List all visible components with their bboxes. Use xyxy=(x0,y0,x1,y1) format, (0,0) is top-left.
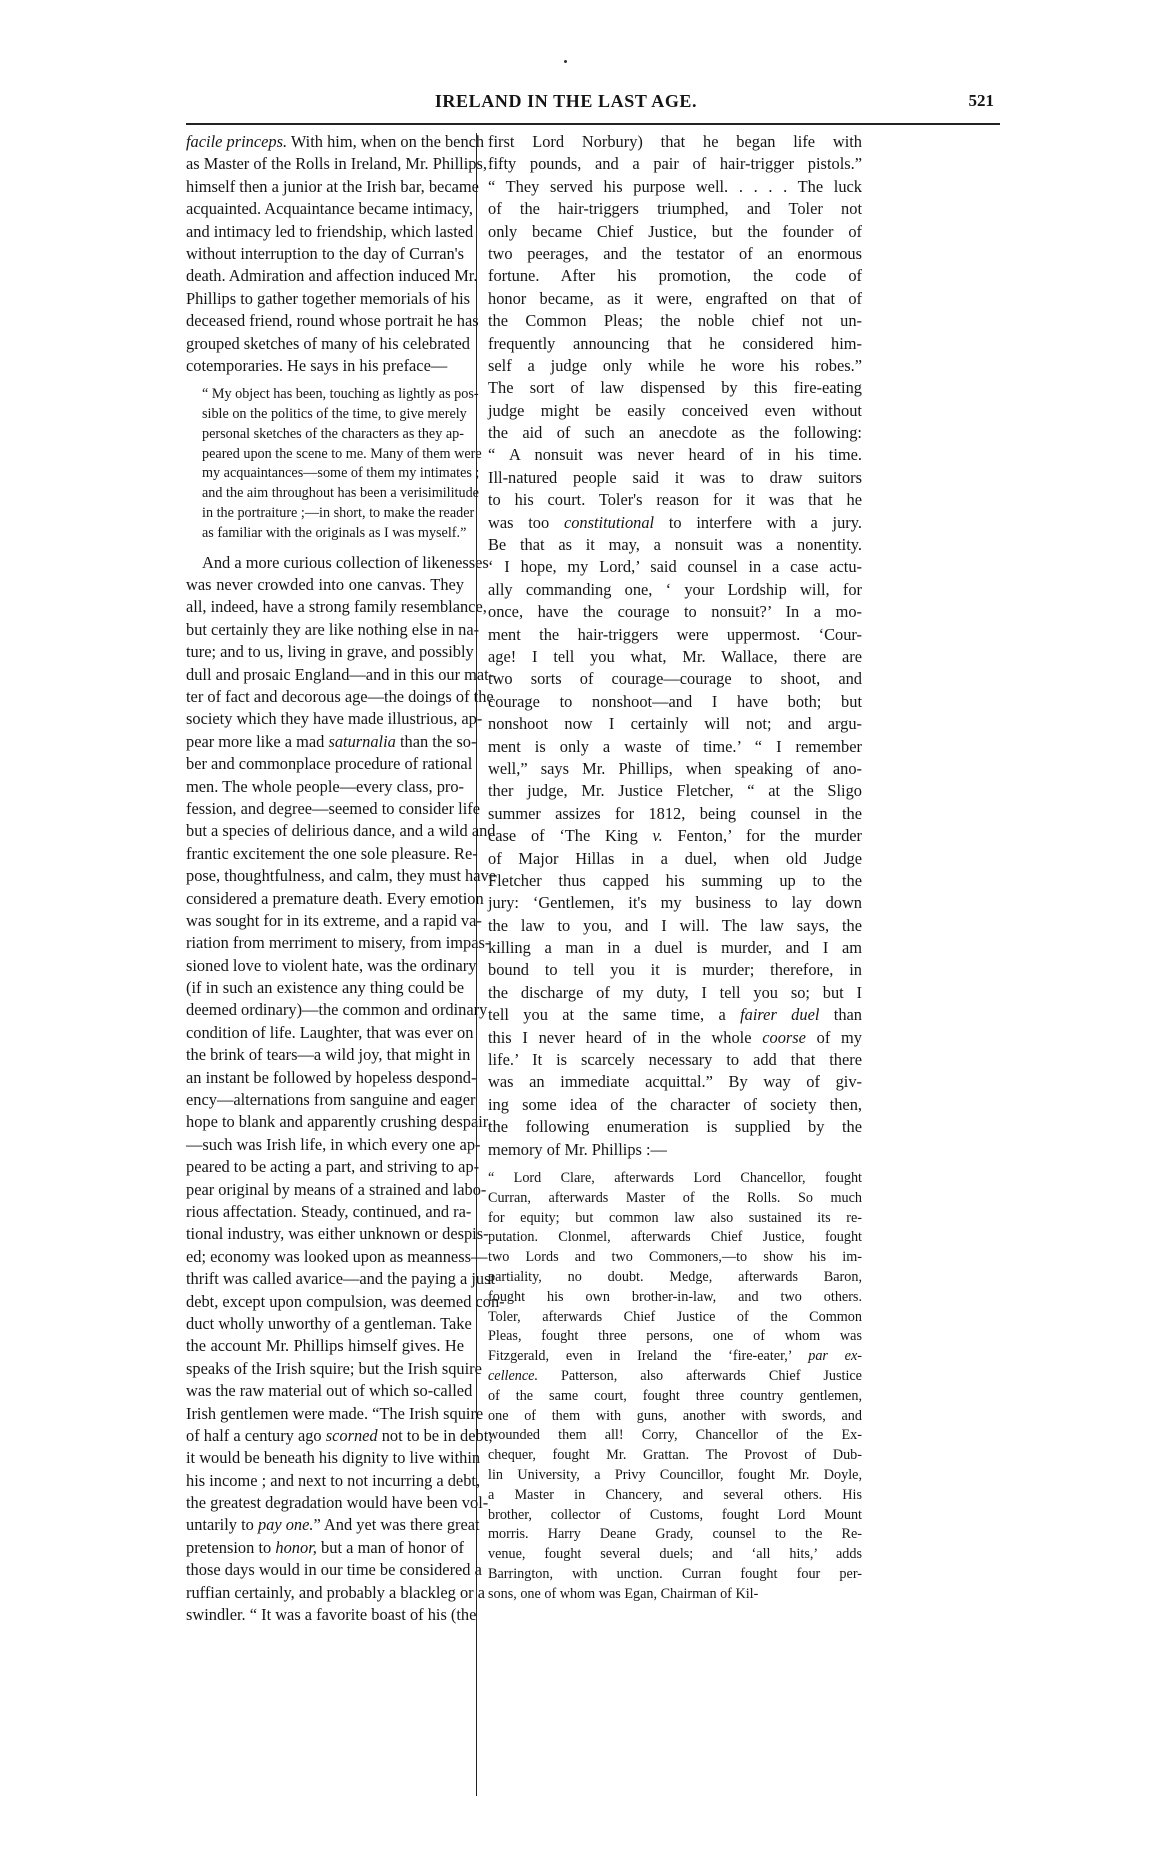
text-line: Irish gentlemen were made. “The Irish sq… xyxy=(186,1403,464,1425)
text-line: was sought for in its extreme, and a rap… xyxy=(186,910,464,932)
text-line: wounded them all! Corry, Chancellor of t… xyxy=(488,1426,862,1446)
right-para-1: first Lord Norbury) that he began life w… xyxy=(488,131,862,1161)
text-line: was an immediate acquittal.” By way of g… xyxy=(488,1071,862,1093)
text-line: of Major Hillas in a duel, when old Judg… xyxy=(488,848,862,870)
text-line: honor became, as it were, engrafted on t… xyxy=(488,288,862,310)
text-line: sons, one of whom was Egan, Chairman of … xyxy=(488,1585,862,1605)
text-line: acquainted. Acquaintance became intimacy… xyxy=(186,198,464,220)
text-line: swindler. “ It was a favorite boast of h… xyxy=(186,1604,464,1626)
text-line: pose, thoughtfulness, and calm, they mus… xyxy=(186,865,464,887)
text-line: “ They served his purpose well. . . . . … xyxy=(488,176,862,198)
text-line: cellence. Patterson, also afterwards Chi… xyxy=(488,1367,862,1387)
text-line: (if in such an existence any thing could… xyxy=(186,977,464,999)
text-line: self a judge only while he wore his robe… xyxy=(488,355,862,377)
text-line: of the same court, fought three country … xyxy=(488,1387,862,1407)
text-line: morris. Harry Deane Grady, counsel to th… xyxy=(488,1525,862,1545)
text-line: pretension to honor, but a man of honor … xyxy=(186,1537,464,1559)
text-line: a Master in Chancery, and several others… xyxy=(488,1486,862,1506)
text-line: grouped sketches of many of his celebrat… xyxy=(186,333,464,355)
text-line: society which they have made illustrious… xyxy=(186,708,464,730)
text-line: and the aim throughout has been a verisi… xyxy=(202,484,464,504)
text-line: “ My object has been, touching as lightl… xyxy=(202,385,464,405)
text-line: Curran, afterwards Master of the Rolls. … xyxy=(488,1189,862,1209)
text-line: it would be beneath his dignity to live … xyxy=(186,1447,464,1469)
text-line: and intimacy led to friendship, which la… xyxy=(186,221,464,243)
text-line: Toler, afterwards Chief Justice of the C… xyxy=(488,1308,862,1328)
text-line: the account Mr. Phillips himself gives. … xyxy=(186,1335,464,1357)
text-line: ruffian certainly, and probably a blackl… xyxy=(186,1582,464,1604)
text-line: “ Lord Clare, afterwards Lord Chancellor… xyxy=(488,1169,862,1189)
text-line: Pleas, fought three persons, one of whom… xyxy=(488,1327,862,1347)
text-line: speaks of the Irish squire; but the Iris… xyxy=(186,1358,464,1380)
text-line: once, have the courage to nonsuit?’ In a… xyxy=(488,601,862,623)
running-title: IRELAND IN THE LAST AGE. xyxy=(316,91,816,112)
text-line: untarily to pay one.” And yet was there … xyxy=(186,1514,464,1536)
text-line: but certainly they are like nothing else… xyxy=(186,619,464,641)
text-line: men. The whole people—every class, pro- xyxy=(186,776,464,798)
text-line: dull and prosaic England—and in this our… xyxy=(186,664,464,686)
text-line: ency—alternations from sanguine and eage… xyxy=(186,1089,464,1111)
text-line: an instant be followed by hopeless despo… xyxy=(186,1067,464,1089)
text-line: ing some idea of the character of societ… xyxy=(488,1094,862,1116)
text-line: judge might be easily conceived even wit… xyxy=(488,400,862,422)
text-line: courage to nonshoot—and I have both; but xyxy=(488,691,862,713)
text-line: Fletcher thus capped his summing up to t… xyxy=(488,870,862,892)
text-line: of half a century ago scorned not to be … xyxy=(186,1425,464,1447)
text-line: facile princeps. With him, when on the b… xyxy=(186,131,464,153)
left-column: facile princeps. With him, when on the b… xyxy=(186,131,464,1626)
page-number: 521 xyxy=(969,91,995,111)
text-line: peared upon the scene to me. Many of the… xyxy=(202,445,464,465)
text-line: Phillips to gather together memorials of… xyxy=(186,288,464,310)
text-line: condition of life. Laughter, that was ev… xyxy=(186,1022,464,1044)
text-line: personal sketches of the characters as t… xyxy=(202,425,464,445)
text-line: jury: ‘Gentlemen, it's my business to la… xyxy=(488,892,862,914)
text-line: in the portraiture ;—in short, to make t… xyxy=(202,504,464,524)
text-line: the following enumeration is supplied by… xyxy=(488,1116,862,1138)
text-line: two peerages, and the testator of an eno… xyxy=(488,243,862,265)
text-line: first Lord Norbury) that he began life w… xyxy=(488,131,862,153)
text-line: one of them with guns, another with swor… xyxy=(488,1407,862,1427)
text-line: the Common Pleas; the noble chief not un… xyxy=(488,310,862,332)
text-line: deceased friend, round whose portrait he… xyxy=(186,310,464,332)
text-line: thrift was called avarice—and the paying… xyxy=(186,1268,464,1290)
text-line: fortune. After his promotion, the code o… xyxy=(488,265,862,287)
text-line: to his court. Toler's reason for it was … xyxy=(488,489,862,511)
text-line: rious affectation. Steady, continued, an… xyxy=(186,1201,464,1223)
text-line: lin University, a Privy Councillor, foug… xyxy=(488,1466,862,1486)
text-line: ture; and to us, living in grave, and po… xyxy=(186,641,464,663)
text-line: ther judge, Mr. Justice Fletcher, “ at t… xyxy=(488,780,862,802)
text-line: fifty pounds, and a pair of hair-trigger… xyxy=(488,153,862,175)
text-line: this I never heard of in the whole coors… xyxy=(488,1027,862,1049)
left-block-quote: “ My object has been, touching as lightl… xyxy=(186,385,464,543)
text-line: was too constitutional to interfere with… xyxy=(488,512,862,534)
left-para-1: facile princeps. With him, when on the b… xyxy=(186,131,464,377)
right-column: first Lord Norbury) that he began life w… xyxy=(488,131,862,1605)
column-divider xyxy=(476,133,477,1796)
text-line: fought his own brother-in-law, and two o… xyxy=(488,1288,862,1308)
text-line: “ A nonsuit was never heard of in his ti… xyxy=(488,444,862,466)
text-line: those days would in our time be consider… xyxy=(186,1559,464,1581)
text-line: Be that as it may, a nonsuit was a nonen… xyxy=(488,534,862,556)
text-line: only became Chief Justice, but the found… xyxy=(488,221,862,243)
text-line: case of ‘The King v. Fenton,’ for the mu… xyxy=(488,825,862,847)
text-line: pear more like a mad saturnalia than the… xyxy=(186,731,464,753)
text-line: ally commanding one, ‘ your Lordship wil… xyxy=(488,579,862,601)
text-line: nonshoot now I certainly will not; and a… xyxy=(488,713,862,735)
text-line: peared to be acting a part, and striving… xyxy=(186,1156,464,1178)
text-line: considered a premature death. Every emot… xyxy=(186,888,464,910)
text-line: ‘ I hope, my Lord,’ said counsel in a ca… xyxy=(488,556,862,578)
text-line: the law to you, and I will. The law says… xyxy=(488,915,862,937)
text-line: but a species of delirious dance, and a … xyxy=(186,820,464,842)
text-line: was never crowded into one canvas. They xyxy=(186,574,464,596)
text-line: memory of Mr. Phillips :— xyxy=(488,1139,862,1161)
text-line: my acquaintances—some of them my intimat… xyxy=(202,464,464,484)
text-line: Ill-natured people said it was to draw s… xyxy=(488,467,862,489)
text-line: brother, collector of Customs, fought Lo… xyxy=(488,1506,862,1526)
text-line: ber and commonplace procedure of rationa… xyxy=(186,753,464,775)
text-line: as familiar with the originals as I was … xyxy=(202,524,464,544)
text-line: tional industry, was either unknown or d… xyxy=(186,1223,464,1245)
text-line: ter of fact and decorous age—the doings … xyxy=(186,686,464,708)
text-line: partiality, no doubt. Medge, afterwards … xyxy=(488,1268,862,1288)
text-line: the discharge of my duty, I tell you so;… xyxy=(488,982,862,1004)
text-line: the aid of such an anecdote as the follo… xyxy=(488,422,862,444)
text-line: putation. Clonmel, afterwards Chief Just… xyxy=(488,1228,862,1248)
text-line: without interruption to the day of Curra… xyxy=(186,243,464,265)
text-line: fession, and degree—seemed to consider l… xyxy=(186,798,464,820)
text-line: Barrington, with unction. Curran fought … xyxy=(488,1565,862,1585)
text-line: age! I tell you what, Mr. Wallace, there… xyxy=(488,646,862,668)
text-line: was the raw material out of which so-cal… xyxy=(186,1380,464,1402)
text-line: frequently announcing that he considered… xyxy=(488,333,862,355)
text-line: The sort of law dispensed by this fire-e… xyxy=(488,377,862,399)
text-line: And a more curious collection of likenes… xyxy=(186,552,464,574)
text-line: bound to tell you it is murder; therefor… xyxy=(488,959,862,981)
scan-speck xyxy=(564,60,567,63)
text-line: ed; economy was looked upon as meanness— xyxy=(186,1246,464,1268)
text-line: two sorts of courage—courage to shoot, a… xyxy=(488,668,862,690)
text-line: summer assizes for 1812, being counsel i… xyxy=(488,803,862,825)
text-line: killing a man in a duel is murder, and I… xyxy=(488,937,862,959)
text-line: for equity; but common law also sustaine… xyxy=(488,1209,862,1229)
text-line: hope to blank and apparently crushing de… xyxy=(186,1111,464,1133)
scanned-page: IRELAND IN THE LAST AGE. 521 facile prin… xyxy=(0,0,1176,1850)
text-line: sible on the politics of the time, to gi… xyxy=(202,405,464,425)
text-line: pear original by means of a strained and… xyxy=(186,1179,464,1201)
text-line: Fitzgerald, even in Ireland the ‘fire-ea… xyxy=(488,1347,862,1367)
text-line: deemed ordinary)—the common and ordinary xyxy=(186,999,464,1021)
text-line: —such was Irish life, in which every one… xyxy=(186,1134,464,1156)
text-line: of the hair-triggers triumphed, and Tole… xyxy=(488,198,862,220)
text-line: venue, fought several duels; and ‘all hi… xyxy=(488,1545,862,1565)
right-block-quote: “ Lord Clare, afterwards Lord Chancellor… xyxy=(488,1169,862,1605)
text-line: two Lords and two Commoners,—to show his… xyxy=(488,1248,862,1268)
text-line: death. Admiration and affection induced … xyxy=(186,265,464,287)
text-line: duct wholly unworthy of a gentleman. Tak… xyxy=(186,1313,464,1335)
text-line: ment the hair-triggers were uppermost. ‘… xyxy=(488,624,862,646)
text-line: riation from merriment to misery, from i… xyxy=(186,932,464,954)
text-line: tell you at the same time, a fairer duel… xyxy=(488,1004,862,1026)
text-line: debt, except upon compulsion, was deemed… xyxy=(186,1291,464,1313)
running-head: IRELAND IN THE LAST AGE. 521 xyxy=(186,91,1000,115)
text-line: well,” says Mr. Phillips, when speaking … xyxy=(488,758,862,780)
text-line: ment is only a waste of time.’ “ I remem… xyxy=(488,736,862,758)
header-rule xyxy=(186,123,1000,125)
text-line: the brink of tears—a wild joy, that migh… xyxy=(186,1044,464,1066)
text-line: chequer, fought Mr. Grattan. The Provost… xyxy=(488,1446,862,1466)
text-line: sioned love to violent hate, was the ord… xyxy=(186,955,464,977)
text-line: cotemporaries. He says in his preface— xyxy=(186,355,464,377)
text-line: as Master of the Rolls in Ireland, Mr. P… xyxy=(186,153,464,175)
text-line: all, indeed, have a strong family resemb… xyxy=(186,596,464,618)
text-line: his income ; and next to not incurring a… xyxy=(186,1470,464,1492)
text-line: frantic excitement the one sole pleasure… xyxy=(186,843,464,865)
text-line: himself then a junior at the Irish bar, … xyxy=(186,176,464,198)
text-line: life.’ It is scarcely necessary to add t… xyxy=(488,1049,862,1071)
text-line: the greatest degradation would have been… xyxy=(186,1492,464,1514)
left-para-2: And a more curious collection of likenes… xyxy=(186,552,464,1627)
